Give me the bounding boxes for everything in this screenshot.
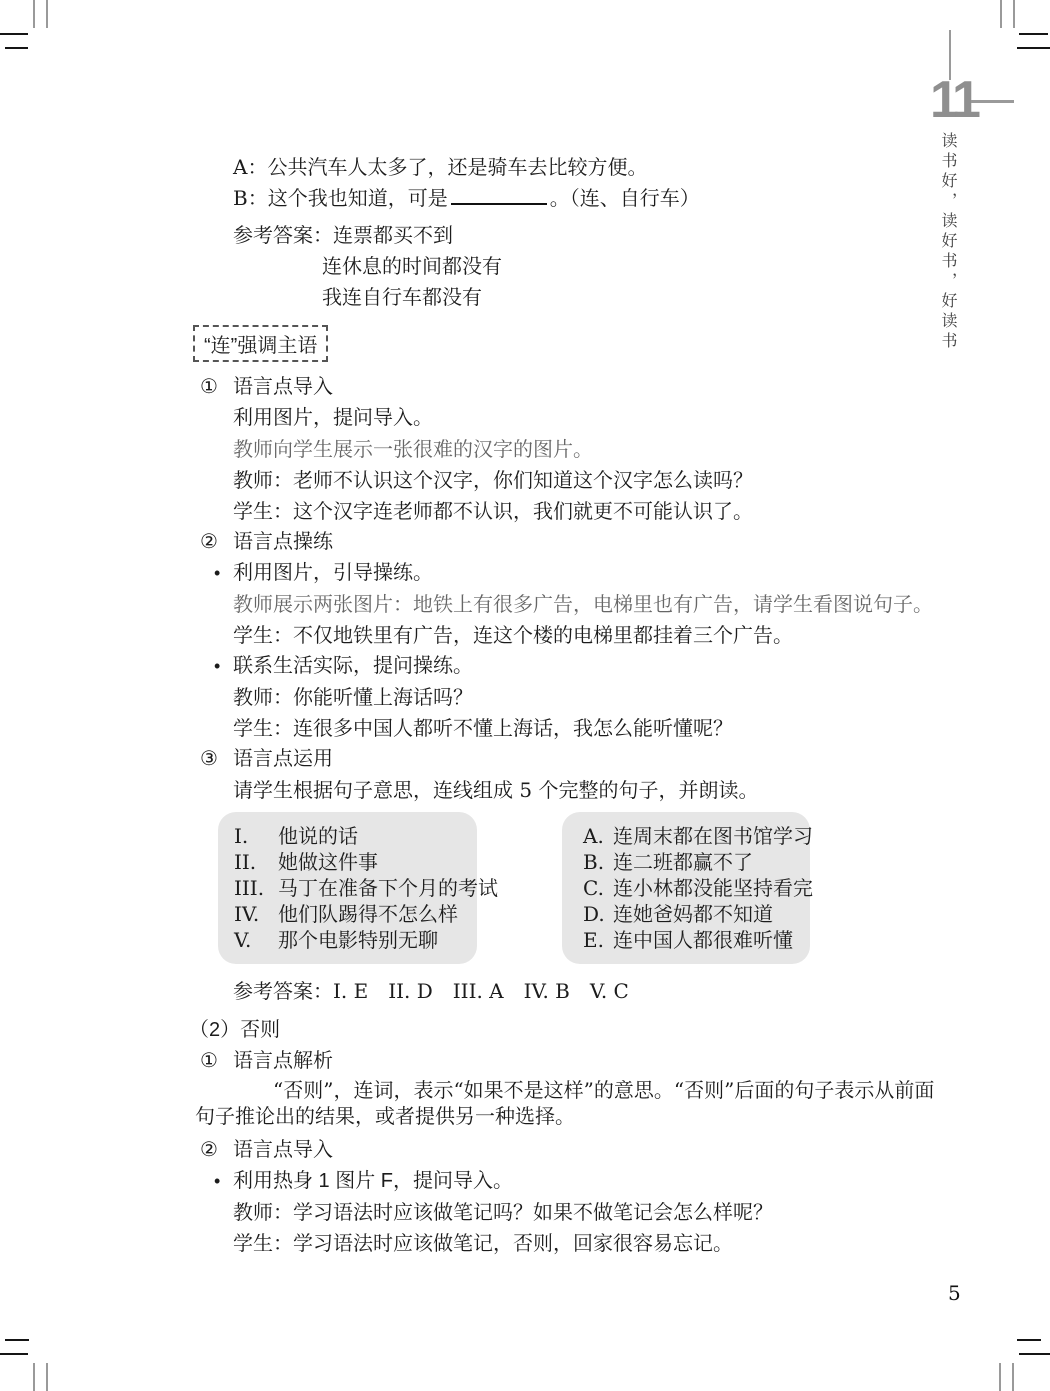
- match-item-letter: B.: [583, 849, 613, 875]
- match-item: C.连小林都没能坚持看完: [583, 875, 810, 901]
- match-item-text: 那个电影特别无聊: [278, 927, 438, 953]
- match-item-text: 他说的话: [278, 823, 358, 849]
- step-heading-2: ②语言点操练: [193, 527, 908, 558]
- match-item-text: 连小林都没能坚持看完: [613, 875, 813, 901]
- match-item-letter: E.: [583, 927, 613, 953]
- fouze-dialog-teacher: 教师：学习语法时应该做笔记吗？如果不做笔记会怎么样呢？: [193, 1197, 908, 1228]
- topic-box-row: “连”强调主语: [193, 325, 908, 362]
- step-title: 语言点解析: [233, 1046, 333, 1077]
- crop-mark: [1013, 0, 1015, 28]
- bullet-icon: [193, 651, 233, 682]
- crop-mark: [46, 1363, 48, 1391]
- matching-reference-answer: 参考答案：I. E II. D III. A IV. B V. C: [193, 976, 908, 1007]
- match-item-text: 马丁在准备下个月的考试: [278, 875, 498, 901]
- reference-answer-label: 参考答案：: [233, 979, 333, 1003]
- match-item: D.连她爸妈都不知道: [583, 901, 810, 927]
- step-marker: ②: [193, 527, 233, 558]
- crop-mark: [33, 0, 35, 28]
- match-item-number: IV.: [234, 901, 278, 927]
- match-item-number: II.: [234, 849, 278, 875]
- bullet-text: 利用图片，引导操练。: [233, 558, 433, 589]
- match-item: A.连周末都在图书馆学习: [583, 823, 810, 849]
- crop-mark: [1000, 0, 1002, 28]
- step-title: 语言点运用: [233, 744, 333, 775]
- match-item-text: 连二班都赢不了: [613, 849, 753, 875]
- crop-mark: [5, 1339, 29, 1341]
- step-marker: ②: [193, 1135, 233, 1166]
- page-content: A：公共汽车人太多了，还是骑车去比较方便。 B：这个我也知道，可是。（连、自行车…: [193, 152, 908, 1259]
- chapter-side-title: 读书好，读好书，好读书: [936, 132, 959, 352]
- step1-subheading: 利用图片，提问导入。: [193, 403, 908, 434]
- match-item-text: 连中国人都很难听懂: [613, 927, 793, 953]
- bullet-text: 利用热身 1 图片 F，提问导入。: [233, 1166, 513, 1197]
- match-item-letter: C.: [583, 875, 613, 901]
- topic-box-lian: “连”强调主语: [193, 325, 328, 362]
- chapter-rule-horizontal: [971, 100, 1014, 103]
- crop-mark: [999, 1363, 1001, 1391]
- crop-mark: [1012, 1363, 1014, 1391]
- match-item-text: 她做这件事: [278, 849, 378, 875]
- fouze-dialog-student: 学生：学习语法时应该做笔记，否则，回家很容易忘记。: [193, 1228, 908, 1259]
- page-number: 5: [948, 1281, 961, 1305]
- crop-mark: [33, 1363, 35, 1391]
- match-item: I.他说的话: [234, 823, 477, 849]
- dialogue-line-b-hint: 。（连、自行车）: [550, 186, 700, 210]
- match-item: III.马丁在准备下个月的考试: [234, 875, 477, 901]
- step2-bullet-2: 联系生活实际，提问操练。: [193, 651, 908, 682]
- matching-exercise: I.他说的话 II.她做这件事 III.马丁在准备下个月的考试 IV.他们队踢得…: [218, 812, 908, 964]
- match-item-text: 连周末都在图书馆学习: [613, 823, 813, 849]
- crop-mark: [46, 0, 48, 28]
- match-item-letter: A.: [583, 823, 613, 849]
- crop-mark: [1017, 47, 1050, 49]
- chapter-number: 11: [930, 74, 977, 126]
- crop-mark: [5, 47, 28, 49]
- match-item: V.那个电影特别无聊: [234, 927, 477, 953]
- step3-instruction: 请学生根据句子意思，连线组成 5 个完整的句子，并朗读。: [193, 775, 908, 806]
- fouze-step-heading-1: ①语言点解析: [193, 1046, 908, 1077]
- crop-mark: [0, 1353, 28, 1355]
- step2-bullet-1: 利用图片，引导操练。: [193, 558, 908, 589]
- crop-mark: [0, 33, 28, 35]
- step2-dialog-teacher: 教师：你能听懂上海话吗？: [193, 682, 908, 713]
- step1-dialog-teacher: 教师：老师不认识这个汉字，你们知道这个汉字怎么读吗？: [193, 465, 908, 496]
- step1-dialog-student: 学生：这个汉字连老师都不认识，我们就更不可能认识了。: [193, 496, 908, 527]
- match-item-number: V.: [234, 927, 278, 953]
- matching-left-box: I.他说的话 II.她做这件事 III.马丁在准备下个月的考试 IV.他们队踢得…: [218, 812, 477, 964]
- reference-answer-1: 连票都买不到: [333, 223, 453, 247]
- dialogue-line-b-text: B：这个我也知道，可是: [233, 186, 448, 210]
- step-heading-3: ③语言点运用: [193, 744, 908, 775]
- dialogue-line-a: A：公共汽车人太多了，还是骑车去比较方便。: [193, 152, 908, 183]
- step-title: 语言点操练: [233, 527, 333, 558]
- match-item-number: I.: [234, 823, 278, 849]
- reference-answer-2: 连休息的时间都没有: [193, 251, 908, 282]
- bullet-text: 联系生活实际，提问操练。: [233, 651, 473, 682]
- fill-in-blank-line: [451, 183, 547, 205]
- step-marker: ③: [193, 744, 233, 775]
- reference-answer-3: 我连自行车都没有: [193, 282, 908, 313]
- step-heading-1: ①语言点导入: [193, 372, 908, 403]
- step-title: 语言点导入: [233, 372, 333, 403]
- fouze-bullet: 利用热身 1 图片 F，提问导入。: [193, 1166, 908, 1197]
- step1-note: 教师向学生展示一张很难的汉字的图片。: [193, 434, 908, 465]
- reference-answer-line: 参考答案：连票都买不到: [193, 220, 908, 251]
- bullet-icon: [193, 558, 233, 589]
- match-item-text: 他们队踢得不怎么样: [278, 901, 458, 927]
- step-marker: ①: [193, 372, 233, 403]
- crop-mark: [1019, 1353, 1050, 1355]
- step2-dialog-student-2: 学生：连很多中国人都听不懂上海话，我怎么能听懂呢？: [193, 713, 908, 744]
- step-marker: ①: [193, 1046, 233, 1077]
- match-item-letter: D.: [583, 901, 613, 927]
- step2-note: 教师展示两张图片：地铁上有很多广告，电梯里也有广告，请学生看图说句子。: [193, 589, 908, 620]
- section-heading-fouze: （2）否则: [189, 1015, 908, 1046]
- crop-mark: [1017, 1339, 1041, 1341]
- crop-mark: [1019, 33, 1048, 35]
- match-item: B.连二班都赢不了: [583, 849, 810, 875]
- bullet-icon: [193, 1166, 233, 1197]
- match-item-number: III.: [234, 875, 278, 901]
- reference-answer-values: I. E II. D III. A IV. B V. C: [333, 979, 629, 1003]
- match-item: E.连中国人都很难听懂: [583, 927, 810, 953]
- match-item: II.她做这件事: [234, 849, 477, 875]
- step-title: 语言点导入: [233, 1135, 333, 1166]
- dialogue-line-b: B：这个我也知道，可是。（连、自行车）: [193, 183, 908, 214]
- fouze-analysis-line-2: 句子推论出的结果，或者提供另一种选择。: [193, 1103, 908, 1129]
- reference-answer-label: 参考答案：: [233, 223, 333, 247]
- step2-dialog-student-1: 学生：不仅地铁里有广告，连这个楼的电梯里都挂着三个广告。: [193, 620, 908, 651]
- fouze-analysis-line-1: “否则”，连词，表示“如果不是这样”的意思。“否则”后面的句子表示从前面: [193, 1077, 908, 1103]
- fouze-step-heading-2: ②语言点导入: [193, 1135, 908, 1166]
- matching-right-box: A.连周末都在图书馆学习 B.连二班都赢不了 C.连小林都没能坚持看完 D.连她…: [562, 812, 810, 964]
- match-item: IV.他们队踢得不怎么样: [234, 901, 477, 927]
- match-item-text: 连她爸妈都不知道: [613, 901, 773, 927]
